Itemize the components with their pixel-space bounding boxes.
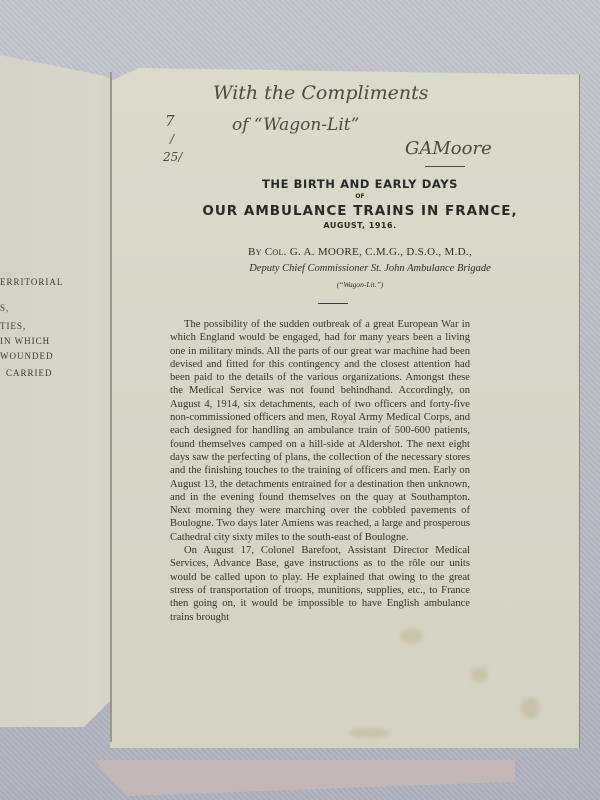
byline-pseudonym: (“Wagon-Lit.”) [140,280,580,289]
paragraph: On August 17, Colonel Barefoot, Assistan… [170,544,470,624]
byline-author: By Col. G. A. MOORE, C.M.G., D.S.O., M.D… [140,246,580,258]
left-page-fragment: TIES, [0,321,26,331]
byline-position: Deputy Chief Commissioner St. John Ambul… [150,263,590,274]
title-block: THE BIRTH AND EARLY DAYS OF OUR AMBULANC… [140,0,580,240]
title-rule [318,303,348,304]
article-body: The possibility of the sudden outbreak o… [170,318,470,624]
left-page-fragment: CARRIED [6,368,53,378]
book-spine-fold [110,72,112,742]
title-line-2: OF [140,193,580,200]
title-line-1: THE BIRTH AND EARLY DAYS [140,177,580,191]
title-line-4: AUGUST, 1916. [140,221,580,230]
left-page-fragment: WOUNDED [0,351,54,361]
title-line-3: OUR AMBULANCE TRAINS IN FRANCE, [140,203,580,219]
paragraph: The possibility of the sudden outbreak o… [170,318,470,544]
left-page-fragment: ERRITORIAL [0,277,63,287]
left-page-fragment: IN WHICH [0,336,50,346]
left-page-fragment: S, [0,303,9,313]
